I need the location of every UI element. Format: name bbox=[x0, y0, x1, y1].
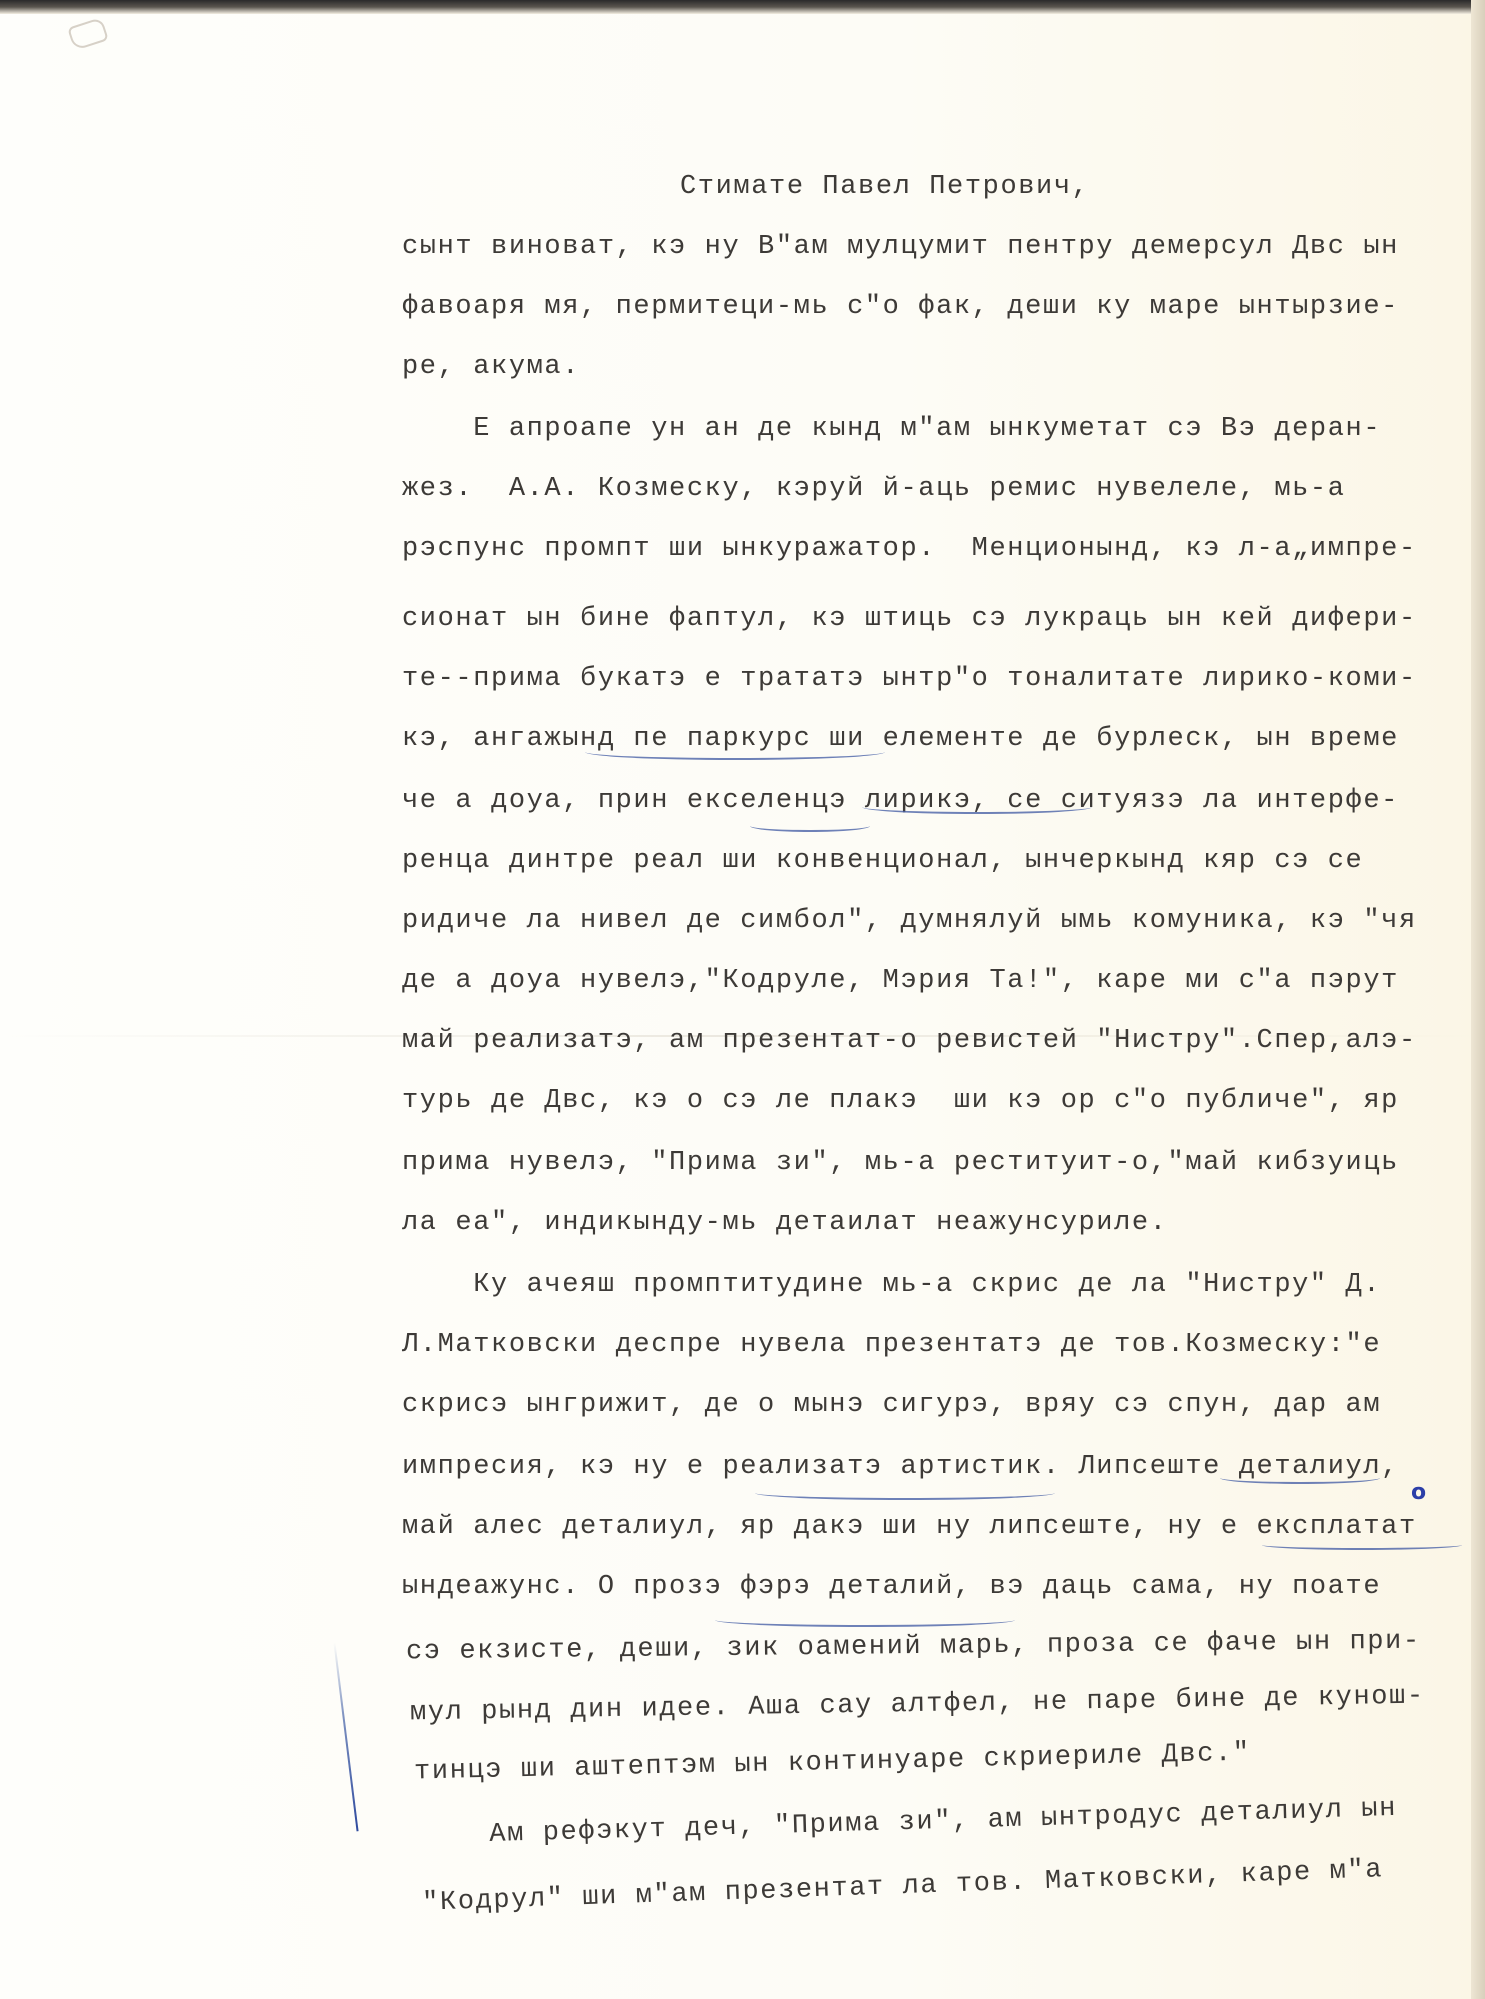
text-line: сионат ын бине фаптул, кэ штиць сэ лукра… bbox=[402, 604, 1417, 634]
scan-edge bbox=[0, 0, 1485, 14]
pen-underline bbox=[585, 744, 885, 760]
margin-pen-mark bbox=[333, 1643, 358, 1832]
text-line: ла еа", индикынду-мь детаилат неажунсури… bbox=[402, 1208, 1168, 1238]
text-line: Е апроапе ун ан де кынд м"ам ынкуметат с… bbox=[402, 414, 1381, 444]
text-line: прима нувелэ, "Прима зи", мь-а реституит… bbox=[402, 1148, 1399, 1178]
pen-underline bbox=[755, 1486, 1055, 1500]
text-line: Ку ачеяш промптитудине мь-а скрис де ла … bbox=[402, 1270, 1381, 1300]
pen-underline bbox=[1262, 1540, 1462, 1550]
text-line: май реализатэ, ам презентат-о ревистей "… bbox=[402, 1026, 1417, 1056]
text-line: "Кодрул" ши м"ам презентат ла тов. Матко… bbox=[422, 1855, 1384, 1919]
pen-underline bbox=[750, 820, 870, 832]
handwritten-correction: о bbox=[1411, 1480, 1426, 1505]
text-line: Л.Матковски деспре нувела презентатэ де … bbox=[402, 1330, 1381, 1360]
text-line: сэ екзисте, деши, зик оамений марь, проз… bbox=[406, 1627, 1421, 1668]
text-line: фавоаря мя, пермитеци-мь с"о фак, деши к… bbox=[402, 292, 1399, 322]
text-line: ре, акума. bbox=[402, 352, 580, 382]
text-line: сынт виноват, кэ ну В"ам мулцумит пентру… bbox=[402, 232, 1399, 262]
text-line: жез. А.А. Козмеску, кэруй й-аць ремис ну… bbox=[402, 474, 1346, 504]
text-line: рэспунс промпт ши ынкуражатор. Менционын… bbox=[402, 534, 1417, 564]
text-line: турь де Двс, кэ о сэ ле плакэ ши кэ ор с… bbox=[402, 1086, 1399, 1116]
pen-underline bbox=[1220, 1472, 1380, 1484]
text-line: ындеажунс. О прозэ фэрэ деталий, вэ даць… bbox=[402, 1572, 1381, 1602]
text-line: те--прима букатэ е трататэ ынтр"о тонали… bbox=[402, 664, 1417, 694]
pen-underline bbox=[862, 800, 1092, 814]
text-line: май алес деталиул, яр дакэ ши ну липсешт… bbox=[402, 1512, 1417, 1542]
text-line: Ам рефэкут деч, "Прима зи", ам ынтродус … bbox=[418, 1794, 1398, 1852]
text-line: скрисэ ынгрижит, де о мынэ сигурэ, вряу … bbox=[402, 1390, 1381, 1420]
text-line: кэ, ангажынд пе паркурс ши елементе де б… bbox=[402, 724, 1399, 754]
letter-body: Стимате Павел Петрович, сынт виноват, кэ… bbox=[0, 0, 71, 150]
pen-underline bbox=[715, 1613, 1015, 1627]
text-line: тинцэ ши аштептэм ын континуаре скриерил… bbox=[414, 1739, 1251, 1788]
paper-stain bbox=[67, 17, 109, 51]
text-line: ренца динтре реал ши конвенционал, ынчер… bbox=[402, 846, 1363, 876]
document-page: Стимате Павел Петрович, сынт виноват, кэ… bbox=[0, 0, 1485, 1999]
text-line: мул рынд дин идее. Аша сау алтфел, не па… bbox=[410, 1682, 1425, 1729]
text-line: ридиче ла нивел де симбол", думнялуй ымь… bbox=[402, 906, 1417, 936]
text-line: де а доуа нувелэ,"Кодруле, Мэрия Та!", к… bbox=[402, 966, 1399, 996]
salutation: Стимате Павел Петрович, bbox=[680, 172, 1089, 202]
